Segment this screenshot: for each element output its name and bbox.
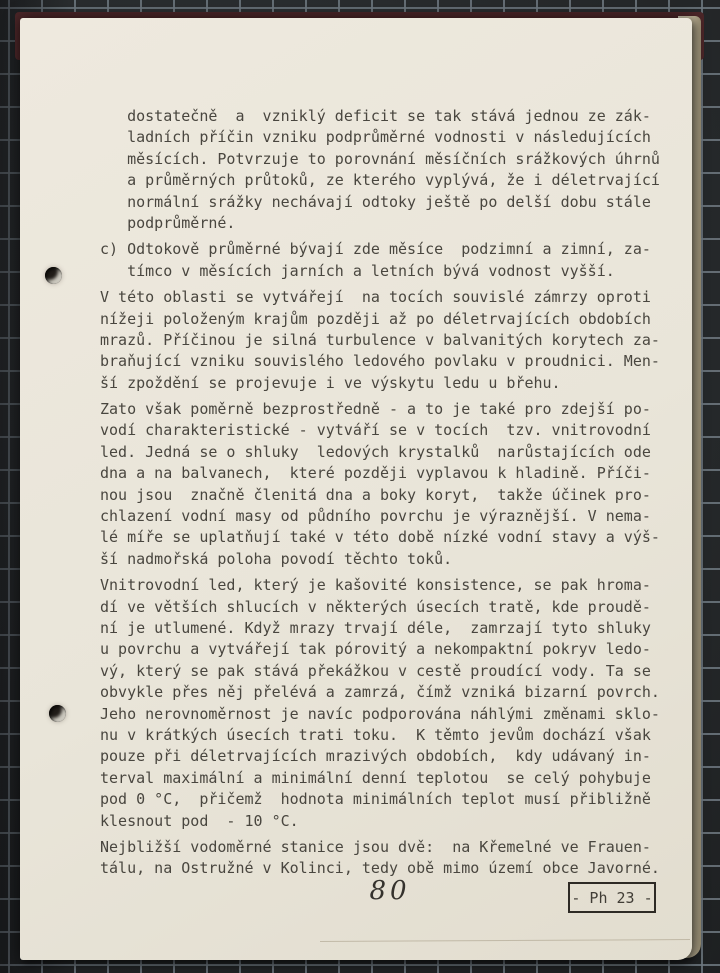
text-line: nu v krátkých úsecích trati toku. K těmt… — [100, 725, 675, 746]
text-line: Vnitrovodní led, který je kašovité konsi… — [100, 575, 675, 596]
text-line: Zato však poměrně bezprostředně - a to j… — [100, 399, 675, 420]
text-line: terval maximální a minimální denní teplo… — [100, 768, 675, 789]
text-line: podprůměrné. — [100, 213, 675, 234]
punch-hole-bottom — [49, 705, 66, 722]
text-line: dí ve větších shlucích v některých úsecí… — [100, 597, 675, 618]
document-page: dostatečně a vzniklý deficit se tak stáv… — [20, 18, 692, 960]
punch-hole-top — [45, 267, 62, 284]
text-line: nížeji položeným krajům později až po dé… — [100, 309, 675, 330]
text-line: vý, který se pak stává překážkou v cestě… — [100, 661, 675, 682]
text-line: normální srážky nechávají odtoky ještě p… — [100, 192, 675, 213]
archive-stamp-label: - Ph 23 - — [571, 889, 652, 907]
text-line: vodí charakteristické - vytváří se v toc… — [100, 420, 675, 441]
text-line: klesnout pod - 10 °C. — [100, 811, 675, 832]
text-line: led. Jedná se o shluky ledových krystalk… — [100, 442, 675, 463]
paragraph: Zato však poměrně bezprostředně - a to j… — [100, 399, 675, 570]
text-line: a průměrných průtoků, ze kterého vyplývá… — [100, 170, 675, 191]
paragraph: dostatečně a vzniklý deficit se tak stáv… — [100, 106, 675, 234]
text-line: u povrchu a vytvářejí tak pórovitý a nek… — [100, 639, 675, 660]
text-line: pod 0 °C, přičemž hodnota minimálních te… — [100, 789, 675, 810]
text-line: ší zpoždění se projevuje i ve výskytu le… — [100, 373, 675, 394]
text-line: dna a na balvanech, které později vyplav… — [100, 463, 675, 484]
page-number: 80 — [350, 876, 430, 906]
text-line: chlazení vodní masy od půdního povrchu j… — [100, 506, 675, 527]
text-line: dostatečně a vzniklý deficit se tak stáv… — [100, 106, 675, 127]
text-line: nou jsou značně členitá dna a boky koryt… — [100, 485, 675, 506]
text-line: pouze při déletrvajících mrazivých obdob… — [100, 746, 675, 767]
underlying-page-edge — [320, 939, 690, 942]
text-line: ší nadmořská poloha povodí těchto toků. — [100, 549, 675, 570]
text-line: braňující vzniku souvislého ledového pov… — [100, 351, 675, 372]
text-line: c) Odtokově průměrné bývají zde měsíce p… — [100, 239, 675, 260]
text-line: měsících. Potvrzuje to porovnání měsíční… — [100, 149, 675, 170]
text-line: ní je utlumené. Když mrazy trvají déle, … — [100, 618, 675, 639]
text-line: V této oblasti se vytvářejí na tocích so… — [100, 287, 675, 308]
text-line: ladních příčin vzniku podprůměrné vodnos… — [100, 127, 675, 148]
text-line: Nejbližší vodoměrné stanice jsou dvě: na… — [100, 837, 675, 858]
text-line: tímco v měsících jarních a letních bývá … — [100, 261, 675, 282]
typewritten-text-block: dostatečně a vzniklý deficit se tak stáv… — [100, 106, 675, 885]
paragraph: Vnitrovodní led, který je kašovité konsi… — [100, 575, 675, 832]
text-line: Jeho nerovnoměrnost je navíc podporována… — [100, 704, 675, 725]
paragraph: c) Odtokově průměrné bývají zde měsíce p… — [100, 239, 675, 282]
text-line: lé míře se uplatňují také v této době ní… — [100, 527, 675, 548]
text-line: obvykle přes něj přelévá a zamrzá, čímž … — [100, 682, 675, 703]
paragraph: Nejbližší vodoměrné stanice jsou dvě: na… — [100, 837, 675, 880]
text-line: mrazů. Příčinou je silná turbulence v ba… — [100, 330, 675, 351]
paragraph: V této oblasti se vytvářejí na tocích so… — [100, 287, 675, 394]
archive-stamp-box: - Ph 23 - — [568, 882, 656, 913]
